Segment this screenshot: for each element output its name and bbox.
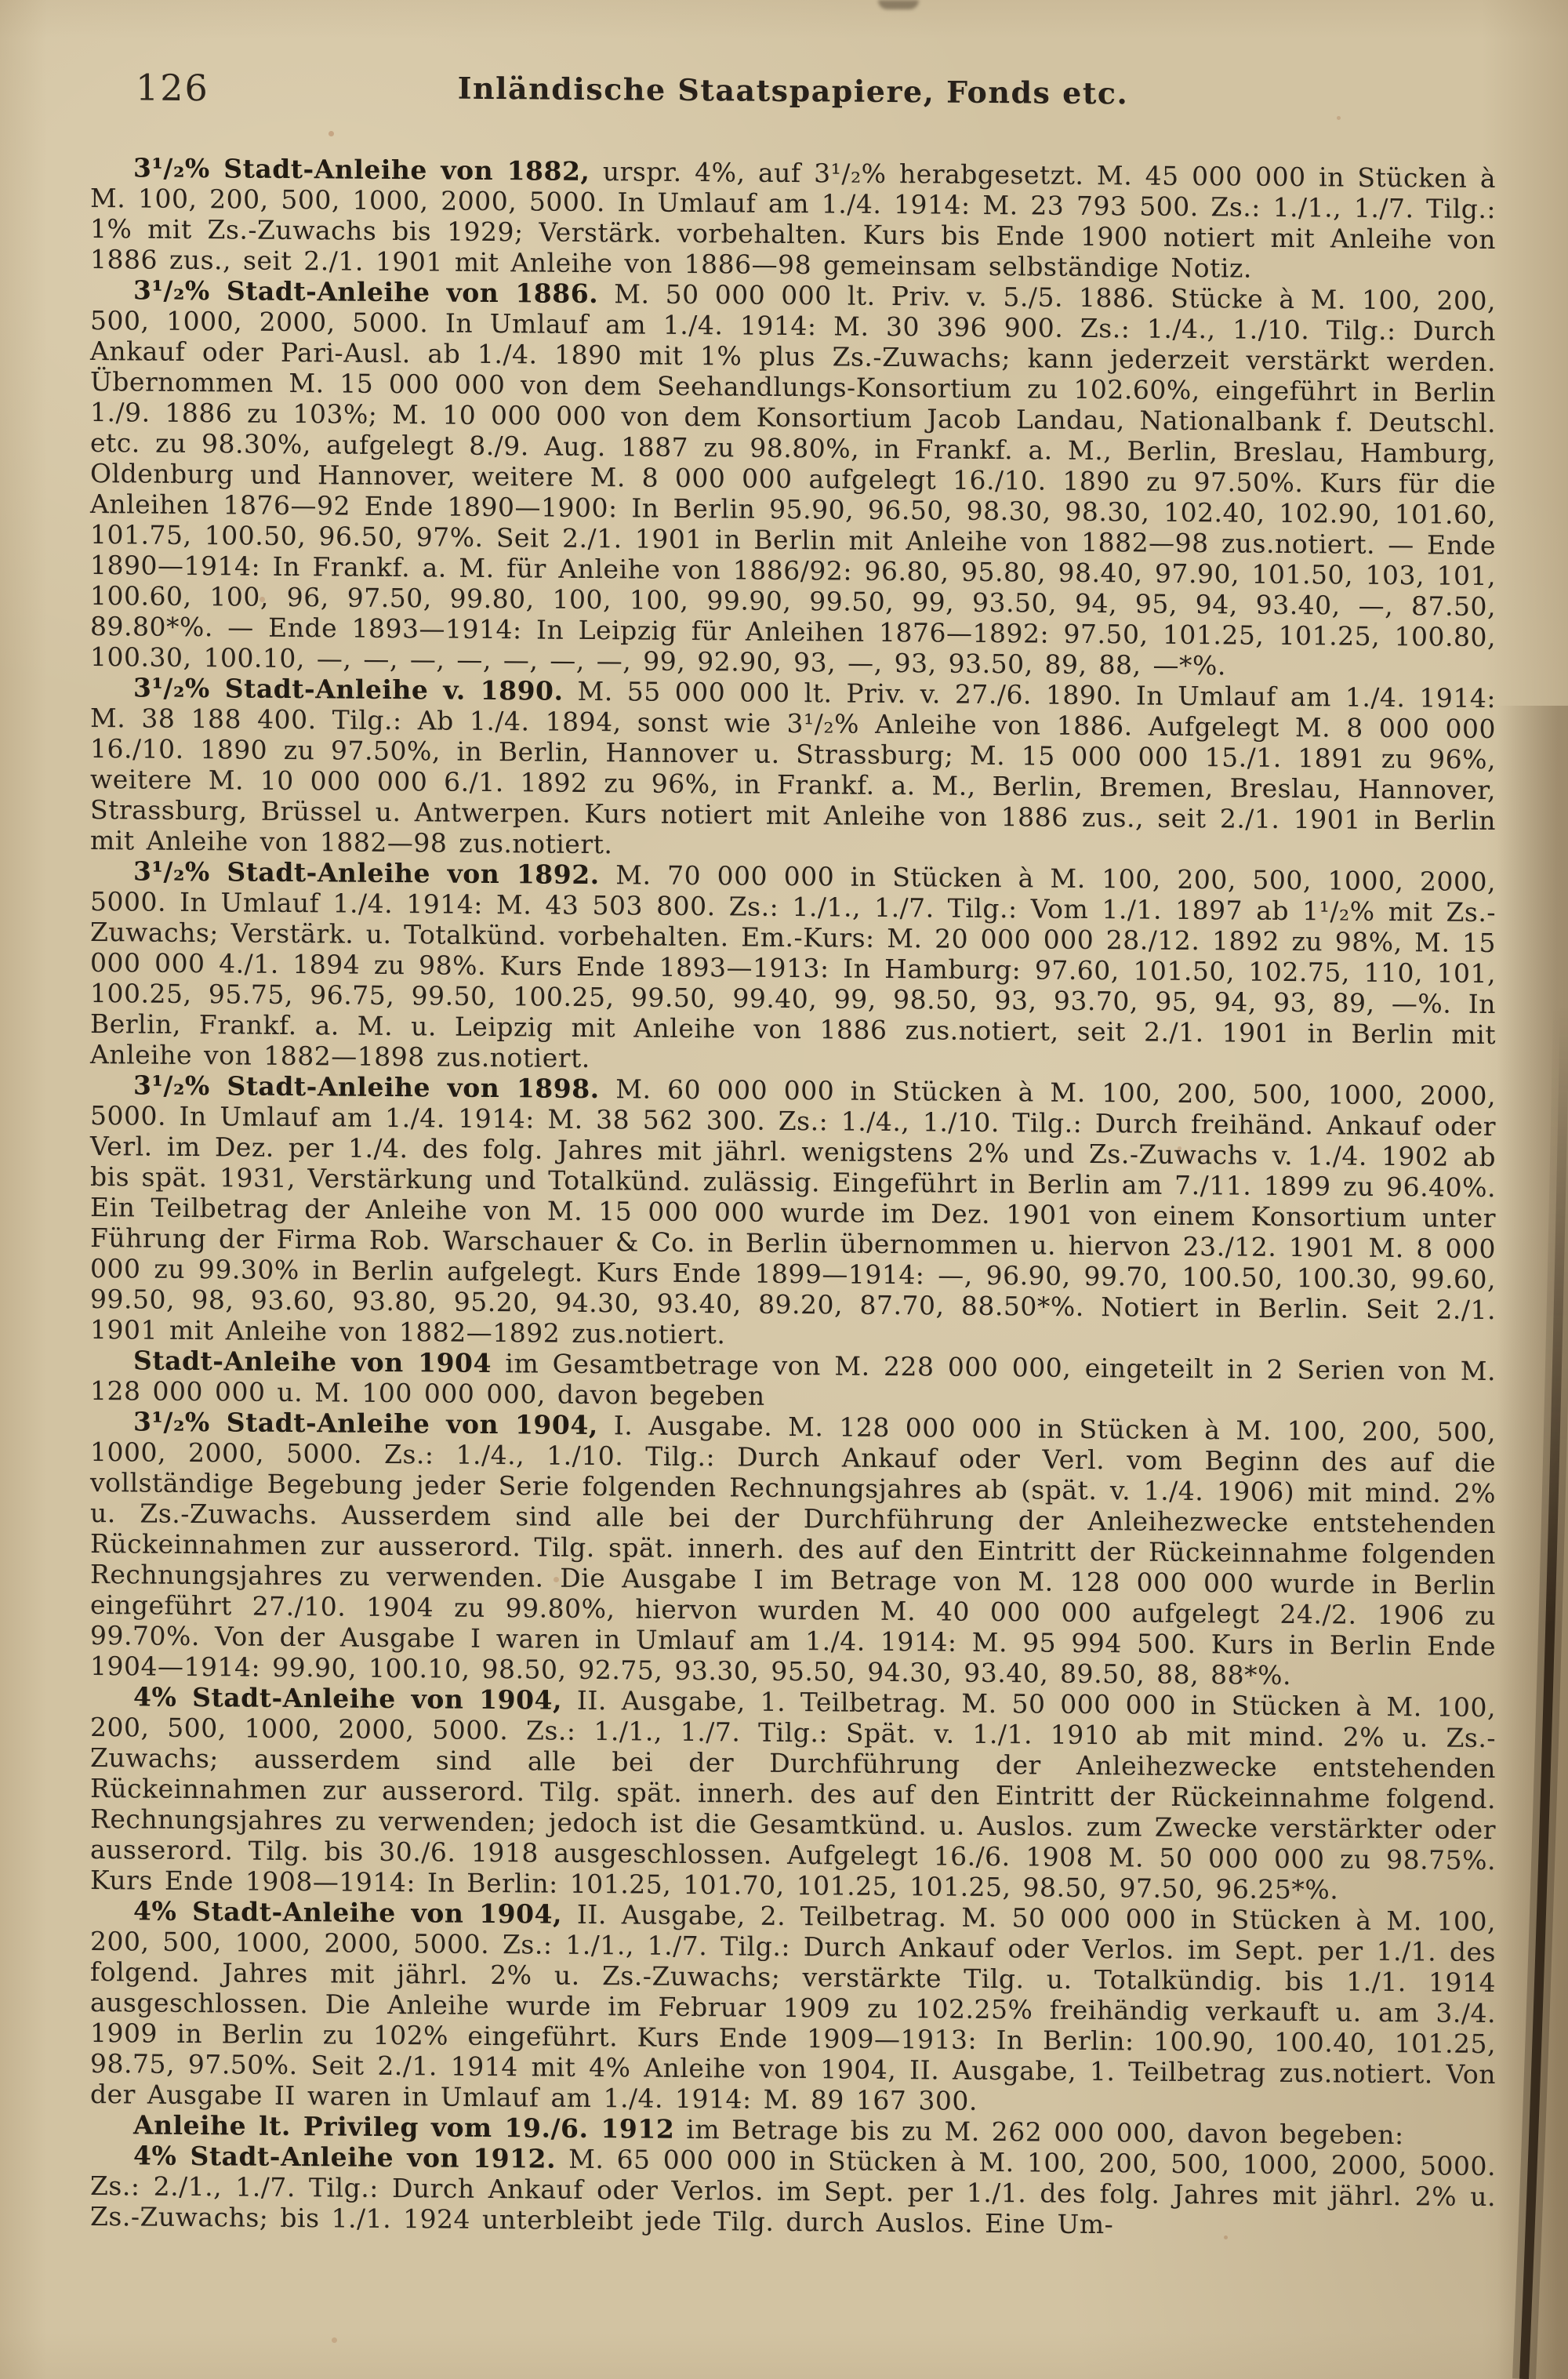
- paper-foxing-specks: [0, 0, 4, 4]
- entry-anleihe-1912: 4% Stadt-Anleihe von 1912. M. 65 000 000…: [90, 2140, 1496, 2243]
- entry-anleihe-1898: 3¹/₂% Stadt-Anleihe von 1898. M. 60 000 …: [90, 1070, 1496, 1356]
- entry-body: M. 70 000 000 in Stücken à M. 100, 200, …: [90, 859, 1496, 1073]
- entry-lead: 3¹/₂% Stadt-Anleihe von 1886.: [133, 274, 598, 309]
- entry-body: II. Ausgabe, 2. Teilbetrag. M. 50 000 00…: [90, 1899, 1496, 2116]
- entry-lead: Anleihe lt. Privileg vom 19./6. 1912: [133, 2109, 674, 2144]
- entry-anleihe-1892: 3¹/₂% Stadt-Anleihe von 1892. M. 70 000 …: [90, 855, 1496, 1081]
- entry-anleihe-1882: 3¹/₂% Stadt-Anleihe von 1882, urspr. 4%,…: [90, 152, 1496, 285]
- entry-body: M. 50 000 000 lt. Priv. v. 5./5. 1886. S…: [90, 278, 1496, 681]
- entry-lead: 3¹/₂% Stadt-Anleihe von 1892.: [133, 855, 600, 890]
- entry-anleihe-1904-ausgabe-2-teil-2: 4% Stadt-Anleihe von 1904, II. Ausgabe, …: [90, 1895, 1496, 2120]
- page-edge-curve: [1497, 1007, 1568, 2379]
- entry-body: II. Ausgabe, 1. Teilbetrag. M. 50 000 00…: [90, 1685, 1496, 1905]
- entry-anleihe-1904-ausgabe-2-teil-1: 4% Stadt-Anleihe von 1904, II. Ausgabe, …: [90, 1681, 1496, 1906]
- ink-smudge: [878, 0, 919, 9]
- entry-lead: 3¹/₂% Stadt-Anleihe von 1904,: [133, 1406, 598, 1440]
- entry-lead: 4% Stadt-Anleihe von 1904,: [133, 1895, 562, 1929]
- entry-body: I. Ausgabe. M. 128 000 000 in Stücken à …: [90, 1410, 1496, 1691]
- entry-anleihe-1886: 3¹/₂% Stadt-Anleihe von 1886. M. 50 000 …: [90, 274, 1496, 683]
- page-edge-shade: [1497, 706, 1568, 2379]
- running-title: Inländische Staatspapiere, Fonds etc.: [90, 64, 1496, 114]
- page-content: 126 Inländische Staatspapiere, Fonds etc…: [90, 64, 1496, 2243]
- page-number: 126: [136, 66, 209, 109]
- entry-anleihe-1904-ausgabe-1: 3¹/₂% Stadt-Anleihe von 1904, I. Ausgabe…: [90, 1406, 1496, 1692]
- entry-lead: 4% Stadt-Anleihe von 1912.: [133, 2140, 556, 2174]
- entry-body: M. 60 000 000 in Stücken à M. 100, 200, …: [90, 1073, 1496, 1349]
- entry-lead: 3¹/₂% Stadt-Anleihe von 1898.: [133, 1070, 600, 1104]
- entry-anleihe-1890: 3¹/₂% Stadt-Anleihe v. 1890. M. 55 000 0…: [90, 672, 1496, 866]
- entry-anleihe-1904-gesamt: Stadt-Anleihe von 1904 im Gesamtbetrage …: [90, 1345, 1496, 1417]
- entry-lead: 3¹/₂% Stadt-Anleihe von 1882,: [133, 152, 590, 187]
- page-header: 126 Inländische Staatspapiere, Fonds etc…: [90, 64, 1496, 119]
- body-text: 3¹/₂% Stadt-Anleihe von 1882, urspr. 4%,…: [90, 152, 1496, 2243]
- entry-lead: 4% Stadt-Anleihe von 1904,: [133, 1681, 562, 1715]
- entry-lead: Stadt-Anleihe von 1904: [133, 1345, 492, 1378]
- book-page-scan: 126 Inländische Staatspapiere, Fonds etc…: [0, 0, 1568, 2379]
- entry-lead: 3¹/₂% Stadt-Anleihe v. 1890.: [133, 672, 564, 706]
